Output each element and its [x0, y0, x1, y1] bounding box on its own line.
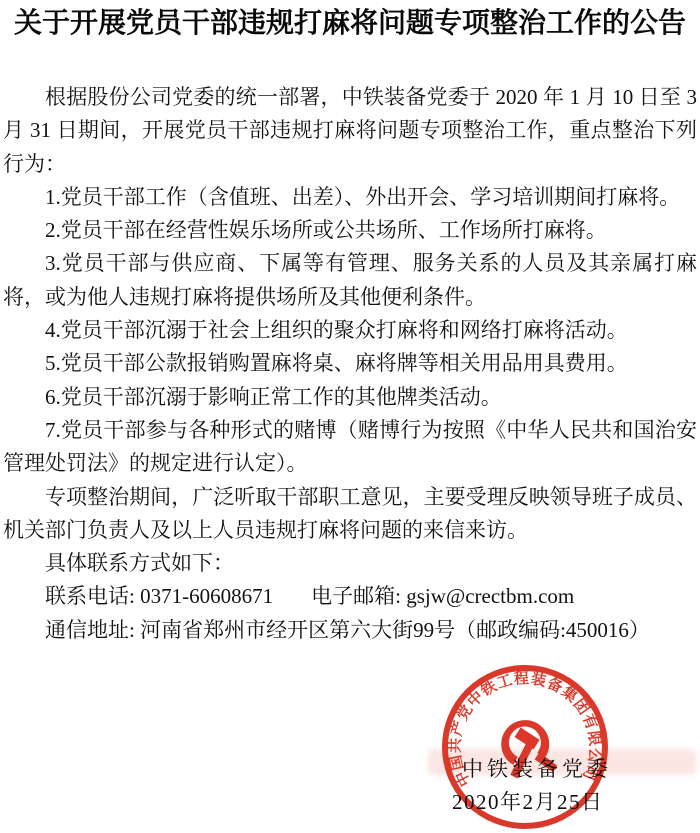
contact-intro: 具体联系方式如下：: [3, 547, 697, 580]
contact-line: 联系电话: 0371-60608671电子邮箱: gsjw@crectbm.co…: [3, 580, 697, 613]
page-title: 关于开展党员干部违规打麻将问题专项整治工作的公告: [2, 6, 698, 42]
paragraph-feedback: 专项整治期间，广泛听取干部职工意见，主要受理反映领导班子成员、机关部门负责人及以…: [3, 481, 697, 548]
address-label: 通信地址:: [45, 618, 140, 642]
email-label: 电子邮箱:: [311, 584, 406, 608]
phone-label: 联系电话:: [45, 584, 140, 608]
paragraph-intro: 根据股份公司党委的统一部署，中铁装备党委于 2020 年 1 月 10 日至 3…: [3, 81, 697, 181]
signature-org: 中铁装备党委: [462, 753, 612, 783]
address-line: 通信地址: 河南省郑州市经开区第六大街99号（邮政编码:450016）: [3, 614, 697, 647]
signature-date: 2020年2月25日: [452, 786, 604, 816]
document-page: 关于开展党员干部违规打麻将问题专项整治工作的公告 根据股份公司党委的统一部署，中…: [0, 0, 700, 833]
list-item-4: 4.党员干部沉溺于社会上组织的聚众打麻将和网络打麻将活动。: [3, 314, 697, 347]
address-value: 河南省郑州市经开区第六大街99号（邮政编码:450016）: [140, 618, 650, 642]
email-value: gsjw@crectbm.com: [406, 584, 574, 608]
list-item-7: 7.党员干部参与各种形式的赌博（赌博行为按照《中华人民共和国治安管理处罚法》的规…: [3, 414, 697, 481]
document-body: 根据股份公司党委的统一部署，中铁装备党委于 2020 年 1 月 10 日至 3…: [0, 81, 700, 647]
list-item-6: 6.党员干部沉溺于影响正常工作的其他牌类活动。: [3, 381, 697, 414]
list-item-3: 3.党员干部与供应商、下属等有管理、服务关系的人员及其亲属打麻将，或为他人违规打…: [3, 247, 697, 314]
list-item-5: 5.党员干部公款报销购置麻将桌、麻将牌等相关用品用具费用。: [3, 347, 697, 380]
list-item-1: 1.党员干部工作（含值班、出差）、外出开会、学习培训期间打麻将。: [3, 181, 697, 214]
list-item-2: 2.党员干部在经营性娱乐场所或公共场所、工作场所打麻将。: [3, 214, 697, 247]
phone-value: 0371-60608671: [140, 584, 273, 608]
